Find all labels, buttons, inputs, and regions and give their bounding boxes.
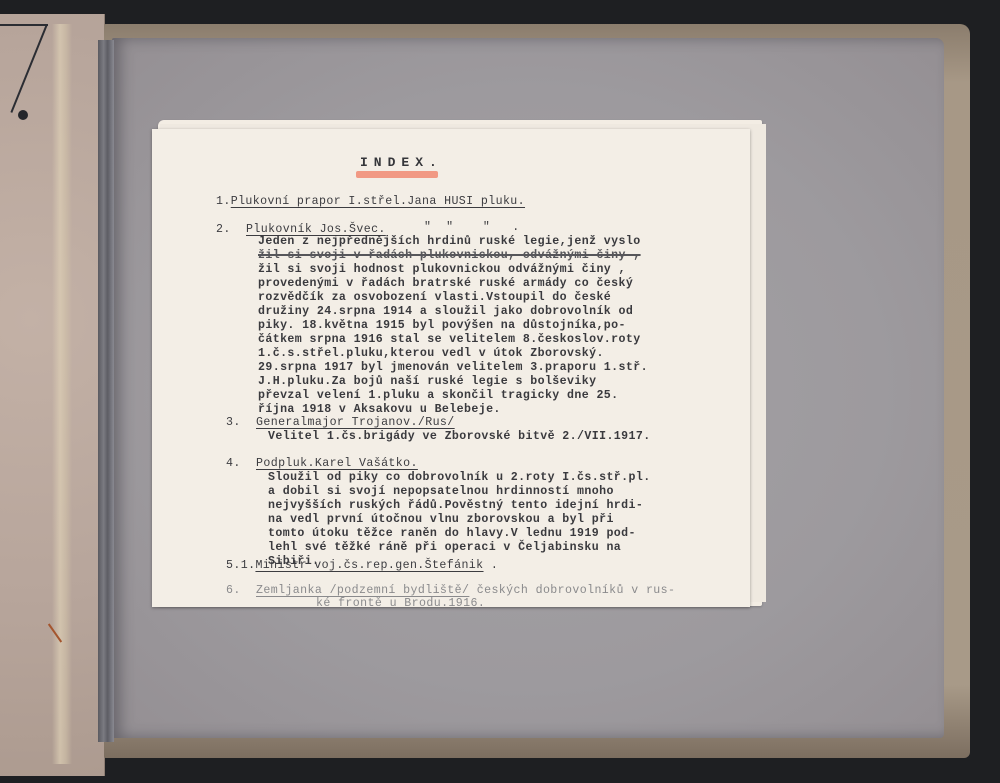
entry-heading: Zemljanka /podzemní bydliště/ [256,584,469,597]
entry-body-line: lehl své těžké ráně při operaci v Čeljab… [268,541,621,554]
entry-number: 3. [226,416,256,429]
entry-body-line: Jeden z nejpřednějších hrdinů ruské legi… [258,235,641,248]
entry-body-line: J.H.pluku.Za bojů naší ruské legie s bol… [258,375,596,388]
red-highlight-mark [356,171,438,178]
entry-body-line: a dobil si svojí nepopsatelnou hrdinnost… [268,485,614,498]
entry-body-line: 29.srpna 1917 byl jmenován velitelem 3.p… [258,361,648,374]
entry-trailing: . [484,559,499,572]
entry-heading: Podpluk.Karel Vašátko. [256,457,418,470]
entry-number: 2. [216,223,246,236]
entry-body-line: družiny 24.srpna 1914 a sloužil jako dob… [258,305,633,318]
entry-body-line: žil si svoji hodnost plukovnickou odvážn… [258,263,626,276]
index-entry-3: 3.Generalmajor Trojanov./Rus/ [226,416,455,429]
album-front-cover [0,14,105,776]
entry-body-line: Velitel 1.čs.brigády ve Zborovské bitvě … [268,430,651,443]
binding-cord-diagonal [10,24,47,113]
binding-cord [0,24,48,26]
entry-heading: Ministr voj.čs.rep.gen.Štefánik [255,559,483,572]
index-entry-4: 4.Podpluk.Karel Vašátko. [226,457,418,470]
entry-body-line: nejvyšších ruských řádů.Pověstný tento i… [268,499,643,512]
entry-body-line: ké frontě u Brodu.1916. [316,597,485,610]
entry-body-line: října 1918 v Aksakovu u Belebeje. [258,403,501,416]
entry-number: 6. [226,584,256,597]
entry-inline-text: českých dobrovolníků v rus- [469,584,675,597]
entry-body-line: provedenými v řadách bratrské ruské armá… [258,277,633,290]
index-entry-5: 5.1.Ministr voj.čs.rep.gen.Štefánik . [226,559,498,572]
entry-body-line: rozvědčík za osvobození vlasti.Vstoupil … [258,291,611,304]
entry-body-line: 1.č.s.střel.pluku,kterou vedl v útok Zbo… [258,347,604,360]
entry-body-line: na vedl první útočnou vlnu zborovskou a … [268,513,614,526]
index-entry-1: 1.Plukovní prapor I.střel.Jana HUSI pluk… [216,195,525,208]
entry-heading: Plukovní prapor I.střel.Jana HUSI pluku. [231,195,525,208]
index-title: INDEX. [360,155,443,170]
entry-number: 4. [226,457,256,470]
entry-body-line: převzal velení 1.pluku a skončil tragick… [258,389,619,402]
entry-body-line: čátkem srpna 1916 stal se velitelem 8.če… [258,333,641,346]
entry-body-line: tomto útoku těžce raněn do hlavy.V lednu… [268,527,636,540]
entry-heading: Generalmajor Trojanov./Rus/ [256,416,455,429]
binding-knot [18,110,28,120]
entry-number: 5.1. [226,559,255,572]
ditto-marks: " " " . [424,221,520,234]
index-sheet: INDEX. 1.Plukovní prapor I.střel.Jana HU… [152,129,750,607]
entry-body-line: piky. 18.května 1915 byl povýšen na důst… [258,319,626,332]
index-entry-6: 6.Zemljanka /podzemní bydliště/ českých … [226,584,675,597]
entry-body-line: Sloužil od piky co dobrovolník u 2.roty … [268,471,651,484]
struck-through-line: žil si svoji v řadách plukovnickou, odvá… [258,249,641,262]
torn-paper-strip [52,24,72,764]
entry-number: 1. [216,195,231,208]
album-spine-gutter [98,40,114,742]
